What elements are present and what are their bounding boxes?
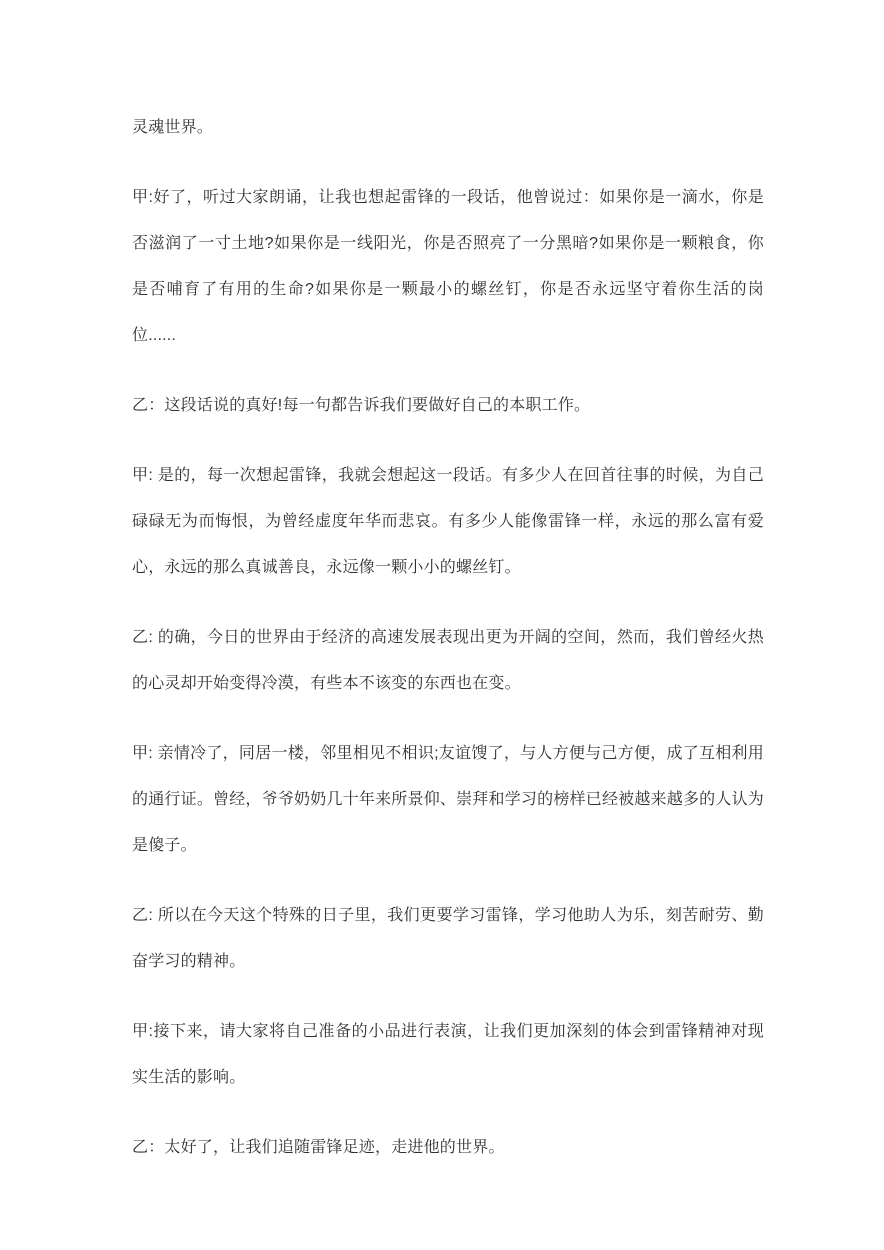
paragraph: 甲:好了，听过大家朗诵，让我也想起雷锋的一段话，他曾说过：如果你是一滴水，你是否… [132, 175, 764, 359]
document-page: 灵魂世界。 甲:好了，听过大家朗诵，让我也想起雷锋的一段话，他曾说过：如果你是一… [0, 0, 884, 1250]
paragraph: 甲: 亲情冷了，同居一楼，邻里相见不相识;友谊馊了，与人方便与己方便，成了互相利… [132, 731, 764, 869]
paragraph: 甲: 是的，每一次想起雷锋，我就会想起这一段话。有多少人在回首往事的时候，为自己… [132, 453, 764, 591]
paragraph: 乙：太好了，让我们追随雷锋足迹，走进他的世界。 [132, 1125, 764, 1171]
paragraph: 乙: 所以在今天这个特殊的日子里，我们更要学习雷锋，学习他助人为乐，刻苦耐劳、勤… [132, 893, 764, 985]
paragraph: 灵魂世界。 [132, 105, 764, 151]
paragraph: 乙: 的确，今日的世界由于经济的高速发展表现出更为开阔的空间，然而，我们曾经火热… [132, 615, 764, 707]
paragraph: 甲:接下来，请大家将自己准备的小品进行表演，让我们更加深刻的体会到雷锋精神对现实… [132, 1009, 764, 1101]
document-body: 灵魂世界。 甲:好了，听过大家朗诵，让我也想起雷锋的一段话，他曾说过：如果你是一… [132, 105, 764, 1171]
paragraph: 乙：这段话说的真好!每一句都告诉我们要做好自己的本职工作。 [132, 383, 764, 429]
